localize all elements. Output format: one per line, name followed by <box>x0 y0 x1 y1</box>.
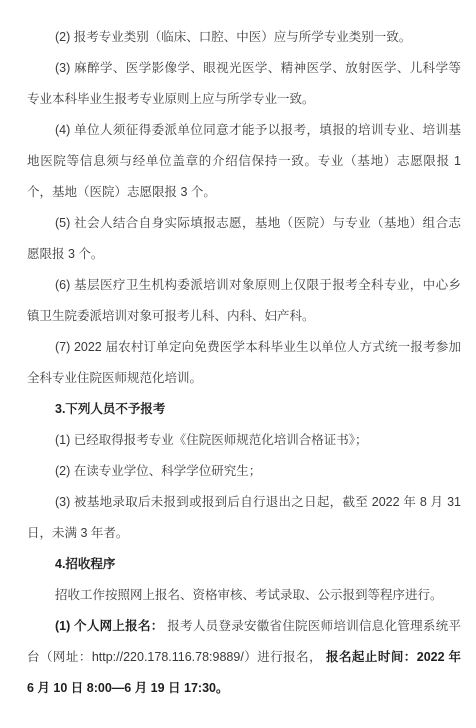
document-page: (2) 报考专业类别（临床、口腔、中医）应与所学专业类别一致。 (3) 麻醉学、… <box>0 0 476 728</box>
requirement-item-6: (6) 基层医疗卫生机构委派培训对象原则上仅限于报考全科专业，中心乡镇卫生院委派… <box>27 270 461 332</box>
requirement-item-3: (3) 麻醉学、医学影像学、眼视光医学、精神医学、放射医学、儿科学等专业本科毕业… <box>27 53 461 115</box>
section-heading-no-apply: 3.下列人员不予报考 <box>27 394 461 425</box>
procedure-intro: 招收工作按照网上报名、资格审核、考试录取、公示报到等程序进行。 <box>27 580 461 611</box>
no-apply-item-1: (1) 已经取得报考专业《住院医师规范化培训合格证书》； <box>27 425 461 456</box>
no-apply-item-2: (2) 在读专业学位、科学学位研究生； <box>27 456 461 487</box>
requirement-item-4: (4) 单位人须征得委派单位同意才能予以报考，填报的培训专业、培训基地医院等信息… <box>27 115 461 208</box>
requirement-item-5: (5) 社会人结合自身实际填报志愿，基地（医院）与专业（基地）组合志愿限报 3 … <box>27 208 461 270</box>
section-heading-procedure: 4.招收程序 <box>27 549 461 580</box>
online-registration-label: (1) 个人网上报名： <box>55 619 164 633</box>
no-apply-item-3: (3) 被基地录取后未报到或报到后自行退出之日起，截至 2022 年 8 月 3… <box>27 487 461 549</box>
online-registration-paragraph: (1) 个人网上报名： 报考人员登录安徽省住院医师培训信息化管理系统平台（网址：… <box>27 611 461 704</box>
requirement-item-7: (7) 2022 届农村订单定向免费医学本科毕业生以单位人方式统一报考参加全科专… <box>27 332 461 394</box>
requirement-item-2: (2) 报考专业类别（临床、口腔、中医）应与所学专业类别一致。 <box>27 22 461 53</box>
